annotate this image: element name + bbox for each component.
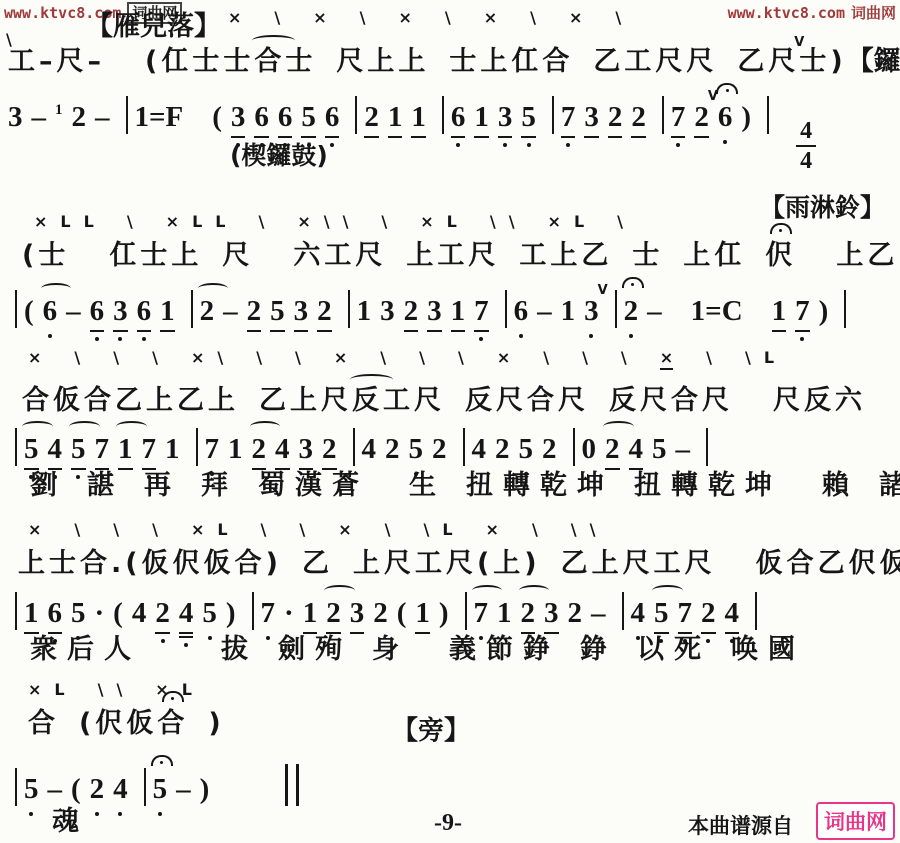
gongche-line-g3: 合仮合乙上乙上乙上尺反工尺反尺合尺反尺合尺尺反六 <box>22 385 866 417</box>
lyrics-line-l1: 劉諶再拜蜀漢蒼生扭轉乾坤扭轉乾坤賴諸 <box>30 470 900 502</box>
perc-line-p2: ×LL\×LL\×\\\×L\\×L\ <box>34 212 636 231</box>
site-badge[interactable]: 词曲网 <box>816 802 895 840</box>
score-page: www.ktvc8.com词曲网 www.ktvc8.com词曲网 【雁兒落】 … <box>0 0 900 843</box>
watermark-top-right: www.ktvc8.com词曲网 <box>728 2 896 23</box>
jianpu-line-j4: 165·(4245)7·1232(1)71232–45724 <box>8 592 764 638</box>
perc-line-p1: ×\×\×\×\×\ <box>228 8 634 27</box>
qupai-title-yanerluo: 【雁兒落】 <box>86 4 221 43</box>
gongche-line-g4: 上士合.(仮伬仮合)乙上尺工尺(上)乙上尺工尺仮合乙伬仮 <box>18 548 900 580</box>
label-pang: 【旁】 <box>392 710 470 747</box>
gongche-line-g5: 合(伬仮合) <box>28 708 225 740</box>
jianpu-line-j3: 5457171712432425242520245– <box>8 428 715 470</box>
perc-line-p4: ×\\\×L\\×\\L×\\\ <box>28 520 608 539</box>
lyrics-line-l3: 魂 <box>52 806 89 838</box>
qupai-title-yulinling: 【雨淋鈴】 <box>760 188 885 224</box>
gongche-line-g1: 工–尺–(仜士士合士尺上上士上仜合乙工尺尺乙尺V士)【鑼鼓】 <box>8 46 900 78</box>
gongche-line-g2: (士仜士上尺六工尺上工尺工上乙士上仜伬上乙) <box>22 240 900 272</box>
site-name: 词曲网 <box>851 4 896 22</box>
jianpu-line-j1: 3–12–1=F(366562116135732272V6)44 <box>8 96 825 173</box>
jianpu-line-j5: 5–(245–) <box>8 764 306 807</box>
watermark-url: www.ktvc8.com <box>728 4 845 22</box>
lyrics-line-l2: 衆后人拔劍殉身義節錚錚以死唤國 <box>30 634 805 666</box>
source-note: 本曲谱源自 <box>688 810 793 840</box>
jianpu-line-j2: (6–63612–25321323176–13V2–1=C17) <box>8 290 853 332</box>
page-number: -9- <box>434 810 462 837</box>
perc-line-p3: ×\\\×\\\×\\\×\\\×\\L <box>28 348 787 370</box>
